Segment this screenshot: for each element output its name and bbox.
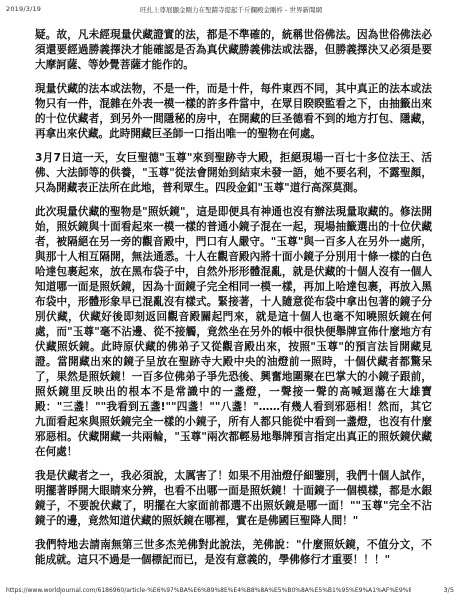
article-paragraph: 3月7日這一天，女巨聖德"玉尊"來到聖跡寺大殿，拒絕現場一百七十多位法王、活佛、…: [35, 151, 432, 196]
article-paragraph: 我是伏藏者之一，我必須說，太厲害了！如果不用油燈仔細鑒別，我們十個人試作，明擺著…: [35, 469, 432, 529]
print-footer-url: https://www.worldjournal.com/6186960/art…: [6, 587, 411, 594]
print-header: 2019/3/19 旺扎上尊展顯金剛力在聖蹟寺提起千斤攔殿金剛杵 - 世界新聞網: [0, 3, 462, 15]
article-paragraph: 現量伏藏的法本或法物，不是一件，而是十件，每件東西不同，其中真正的法本或法物只有…: [35, 82, 432, 142]
printed-article-page: 2019/3/19 旺扎上尊展顯金剛力在聖蹟寺提起千斤攔殿金剛杵 - 世界新聞網…: [0, 0, 462, 600]
article-paragraph: 疑。故，凡未經現量伏藏證實的法，都是不準確的，統稱世俗佛法。因為世俗佛法必須還要…: [35, 28, 432, 73]
article-paragraph: 我們特地去請南無第三世多杰羌佛對此說法，羌佛說："什麼照妖鏡，不值分文，不能成就…: [35, 538, 432, 568]
print-date: 2019/3/19: [6, 5, 41, 13]
page-number: 3/5: [444, 586, 454, 594]
article-body: 疑。故，凡未經現量伏藏證實的法，都是不準確的，統稱世俗佛法。因為世俗佛法必須還要…: [35, 28, 432, 577]
print-header-title: 旺扎上尊展顯金剛力在聖蹟寺提起千斤攔殿金剛杵 - 世界新聞網: [60, 5, 402, 14]
article-paragraph: 此次現量伏藏的聖物是"照妖鏡"，這是即便具有神通也沒有辦法現量取藏的。修法開始，…: [35, 205, 432, 460]
